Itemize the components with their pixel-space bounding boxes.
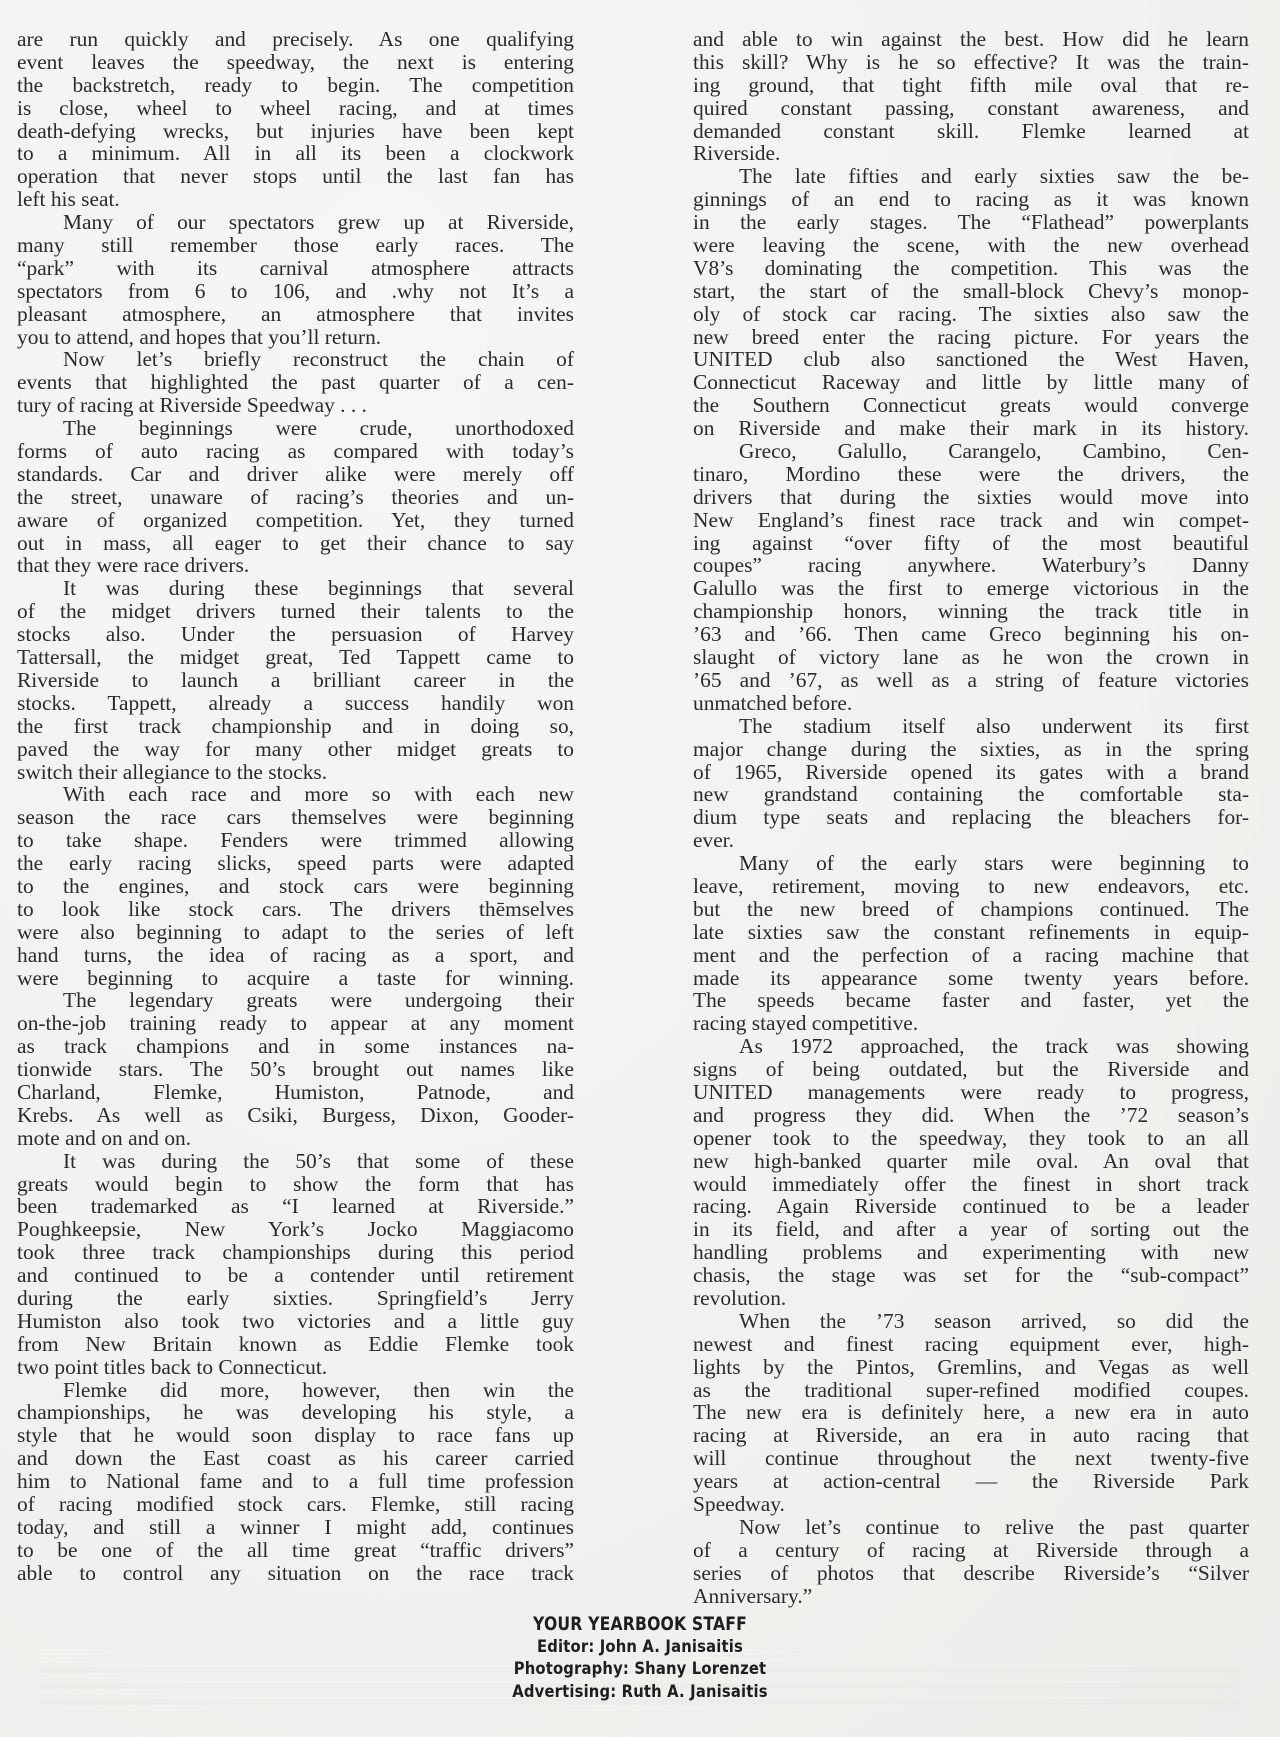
text-line: is close, wheel to wheel racing, and at … <box>17 97 574 120</box>
text-line: left his seat. <box>17 188 574 211</box>
text-line: were beginning to acquire a taste for wi… <box>17 967 574 990</box>
text-line: oly of stock car racing. The sixties als… <box>693 303 1249 326</box>
text-line: series of photos that describe Riverside… <box>693 1562 1249 1585</box>
text-line: Humiston also took two victories and a l… <box>17 1310 574 1333</box>
paragraph-start-line: It was during these beginnings that seve… <box>17 577 574 600</box>
text-line: to take shape. Fenders were trimmed allo… <box>17 829 574 852</box>
text-line: many still remember those early races. T… <box>17 234 574 257</box>
text-line: Riverside. <box>693 142 1249 165</box>
text-line: ever. <box>693 829 1249 852</box>
paragraph-start-line: With each race and more so with each new <box>17 783 574 806</box>
text-line: ing ground, that tight fifth mile oval t… <box>693 74 1249 97</box>
yearbook-page: are run quickly and precisely. As one qu… <box>0 0 1280 1737</box>
text-line: of racing modified stock cars. Flemke, s… <box>17 1493 574 1516</box>
text-line: this skill? Why is he so effective? It w… <box>693 51 1249 74</box>
text-line: event leaves the speedway, the next is e… <box>17 51 574 74</box>
paragraph-start-line: As 1972 approached, the track was showin… <box>693 1035 1249 1058</box>
text-line: New England’s finest race track and win … <box>693 509 1249 532</box>
text-line: operation that never stops until the las… <box>17 165 574 188</box>
text-line: but the new breed of champions continued… <box>693 898 1249 921</box>
text-line: switch their allegiance to the stocks. <box>17 761 574 784</box>
text-line: ’63 and ’66. Then came Greco beginning h… <box>693 623 1249 646</box>
text-line: The speeds became faster and faster, yet… <box>693 989 1249 1012</box>
text-line: V8’s dominating the competition. This wa… <box>693 257 1249 280</box>
text-line: as the traditional super-refined modifie… <box>693 1379 1249 1402</box>
text-line: of a century of racing at Riverside thro… <box>693 1539 1249 1562</box>
text-line: standards. Car and driver alike were mer… <box>17 463 574 486</box>
text-line: to the engines, and stock cars were begi… <box>17 875 574 898</box>
text-line: ’65 and ’67, as well as a string of feat… <box>693 669 1249 692</box>
text-line: pleasant atmosphere, an atmosphere that … <box>17 303 574 326</box>
text-line: ment and the perfection of a racing mach… <box>693 944 1249 967</box>
text-line: lights by the Pintos, Gremlins, and Vega… <box>693 1356 1249 1379</box>
text-line: “park” with its carnival atmosphere attr… <box>17 257 574 280</box>
paragraph-start-line: Many of our spectators grew up at Rivers… <box>17 211 574 234</box>
text-line: and able to win against the best. How di… <box>693 28 1249 51</box>
text-line: ginnings of an end to racing as it was k… <box>693 188 1249 211</box>
text-line: that they were race drivers. <box>17 554 574 577</box>
text-line: Speedway. <box>693 1493 1249 1516</box>
text-line: demanded constant skill. Flemke learned … <box>693 120 1249 143</box>
text-line: Charland, Flemke, Humiston, Patnode, and <box>17 1081 574 1104</box>
text-line: drivers that during the sixties would mo… <box>693 486 1249 509</box>
text-line: death-defying wrecks, but injuries have … <box>17 120 574 143</box>
text-line: newest and finest racing equipment ever,… <box>693 1333 1249 1356</box>
text-line: in the early stages. The “Flathead” powe… <box>693 211 1249 234</box>
text-line: forms of auto racing as compared with to… <box>17 440 574 463</box>
staff-editor: Editor: John A. Janisaitis <box>90 1636 1191 1658</box>
staff-photography: Photography: Shany Lorenzet <box>90 1658 1191 1680</box>
text-line: mote and on and on. <box>17 1127 574 1150</box>
text-line: Galullo was the first to emerge victorio… <box>693 577 1249 600</box>
text-line: chasis, the stage was set for the “sub-c… <box>693 1264 1249 1287</box>
text-line: revolution. <box>693 1287 1249 1310</box>
text-line: during the early sixties. Springfield’s … <box>17 1287 574 1310</box>
staff-advertising: Advertising: Ruth A. Janisaitis <box>90 1681 1191 1703</box>
text-line: The new era is definitely here, a new er… <box>693 1401 1249 1424</box>
text-line: signs of being outdated, but the Riversi… <box>693 1058 1249 1081</box>
text-line: to a minimum. All in all its been a cloc… <box>17 142 574 165</box>
text-line: ing against “over fifty of the most beau… <box>693 532 1249 555</box>
staff-heading: YOUR YEARBOOK STAFF <box>90 1614 1191 1636</box>
article-left-column: are run quickly and precisely. As one qu… <box>17 28 574 1585</box>
paragraph-start-line: The beginnings were crude, unorthodoxed <box>17 417 574 440</box>
text-line: leave, retirement, moving to new endeavo… <box>693 875 1249 898</box>
text-line: stocks. Tappett, already a success handi… <box>17 692 574 715</box>
text-line: from New Britain known as Eddie Flemke t… <box>17 1333 574 1356</box>
text-line: greats would begin to show the form that… <box>17 1173 574 1196</box>
text-line: and down the East coast as his career ca… <box>17 1447 574 1470</box>
text-line: him to National fame and to a full time … <box>17 1470 574 1493</box>
text-line: the early racing slicks, speed parts wer… <box>17 852 574 875</box>
text-line: hand turns, the idea of racing as a spor… <box>17 944 574 967</box>
text-line: style that he would soon display to race… <box>17 1424 574 1447</box>
text-line: new grandstand containing the comfortabl… <box>693 783 1249 806</box>
text-line: Connecticut Raceway and little by little… <box>693 371 1249 394</box>
yearbook-staff-credits: YOUR YEARBOOK STAFF Editor: John A. Jani… <box>0 1614 1280 1703</box>
text-line: you to attend, and hopes that you’ll ret… <box>17 326 574 349</box>
text-line: dium type seats and replacing the bleach… <box>693 806 1249 829</box>
text-line: Poughkeepsie, New York’s Jocko Maggiacom… <box>17 1218 574 1241</box>
text-line: of the midget drivers turned their talen… <box>17 600 574 623</box>
paragraph-start-line: Many of the early stars were beginning t… <box>693 852 1249 875</box>
text-line: stocks also. Under the persuasion of Har… <box>17 623 574 646</box>
text-line: the Southern Connecticut greats would co… <box>693 394 1249 417</box>
text-line: in its field, and after a year of sortin… <box>693 1218 1249 1241</box>
text-line: unmatched before. <box>693 692 1249 715</box>
text-line: tionwide stars. The 50’s brought out nam… <box>17 1058 574 1081</box>
paragraph-start-line: The stadium itself also underwent its fi… <box>693 715 1249 738</box>
text-line: tury of racing at Riverside Speedway . .… <box>17 394 574 417</box>
text-line: coupes” racing anywhere. Waterbury’s Dan… <box>693 554 1249 577</box>
text-line: events that highlighted the past quarter… <box>17 371 574 394</box>
text-line: championship honors, winning the track t… <box>693 600 1249 623</box>
paragraph-start-line: Now let’s continue to relive the past qu… <box>693 1516 1249 1539</box>
text-line: the backstretch, ready to begin. The com… <box>17 74 574 97</box>
text-line: were leaving the scene, with the new ove… <box>693 234 1249 257</box>
paragraph-start-line: The late fifties and early sixties saw t… <box>693 165 1249 188</box>
text-line: racing stayed competitive. <box>693 1012 1249 1035</box>
text-line: of 1965, Riverside opened its gates with… <box>693 761 1249 784</box>
text-line: the first track championship and in doin… <box>17 715 574 738</box>
text-line: new breed enter the racing picture. For … <box>693 326 1249 349</box>
text-line: to look like stock cars. The drivers thē… <box>17 898 574 921</box>
text-line: season the race cars themselves were beg… <box>17 806 574 829</box>
text-line: late sixties saw the constant refinement… <box>693 921 1249 944</box>
paragraph-start-line: Flemke did more, however, then win the <box>17 1379 574 1402</box>
text-line: UNITED managements were ready to progres… <box>693 1081 1249 1104</box>
paragraph-start-line: When the ’73 season arrived, so did the <box>693 1310 1249 1333</box>
text-line: handling problems and experimenting with… <box>693 1241 1249 1264</box>
text-line: made its appearance some twenty years be… <box>693 967 1249 990</box>
text-line: Anniversary.” <box>693 1585 1249 1608</box>
text-line: on Riverside and make their mark in its … <box>693 417 1249 440</box>
text-line: tinaro, Mordino these were the drivers, … <box>693 463 1249 486</box>
article-right-column: and able to win against the best. How di… <box>693 28 1249 1607</box>
text-line: took three track championships during th… <box>17 1241 574 1264</box>
text-line: out in mass, all eager to get their chan… <box>17 532 574 555</box>
text-line: new high-banked quarter mile oval. An ov… <box>693 1150 1249 1173</box>
text-line: championships, he was developing his sty… <box>17 1401 574 1424</box>
text-line: aware of organized competition. Yet, the… <box>17 509 574 532</box>
text-line: on-the-job training ready to appear at a… <box>17 1012 574 1035</box>
text-line: years at action-central — the Riverside … <box>693 1470 1249 1493</box>
paragraph-start-line: Now let’s briefly reconstruct the chain … <box>17 348 574 371</box>
text-line: the street, unaware of racing’s theories… <box>17 486 574 509</box>
text-line: start, the start of the small-block Chev… <box>693 280 1249 303</box>
text-line: Riverside to launch a brilliant career i… <box>17 669 574 692</box>
text-line: slaught of victory lane as he won the cr… <box>693 646 1249 669</box>
text-line: spectators from 6 to 106, and .why not I… <box>17 280 574 303</box>
text-line: racing. Again Riverside continued to be … <box>693 1195 1249 1218</box>
text-line: are run quickly and precisely. As one qu… <box>17 28 574 51</box>
text-line: paved the way for many other midget grea… <box>17 738 574 761</box>
text-line: Krebs. As well as Csiki, Burgess, Dixon,… <box>17 1104 574 1127</box>
text-line: quired constant passing, constant awaren… <box>693 97 1249 120</box>
text-line: and continued to be a contender until re… <box>17 1264 574 1287</box>
text-line: as track champions and in some instances… <box>17 1035 574 1058</box>
text-line: racing at Riverside, an era in auto raci… <box>693 1424 1249 1447</box>
text-line: will continue throughout the next twenty… <box>693 1447 1249 1470</box>
text-line: two point titles back to Connecticut. <box>17 1356 574 1379</box>
text-line: were also beginning to adapt to the seri… <box>17 921 574 944</box>
text-line: major change during the sixties, as in t… <box>693 738 1249 761</box>
text-line: and progress they did. When the ’72 seas… <box>693 1104 1249 1127</box>
text-line: able to control any situation on the rac… <box>17 1562 574 1585</box>
text-line: would immediately offer the finest in sh… <box>693 1173 1249 1196</box>
paragraph-start-line: Greco, Galullo, Carangelo, Cambino, Cen- <box>693 440 1249 463</box>
text-line: to be one of the all time great “traffic… <box>17 1539 574 1562</box>
paragraph-start-line: It was during the 50’s that some of thes… <box>17 1150 574 1173</box>
text-line: opener took to the speedway, they took t… <box>693 1127 1249 1150</box>
text-line: been trademarked as “I learned at Rivers… <box>17 1195 574 1218</box>
text-line: Tattersall, the midget great, Ted Tappet… <box>17 646 574 669</box>
text-line: today, and still a winner I might add, c… <box>17 1516 574 1539</box>
paragraph-start-line: The legendary greats were undergoing the… <box>17 989 574 1012</box>
text-line: UNITED club also sanctioned the West Hav… <box>693 348 1249 371</box>
